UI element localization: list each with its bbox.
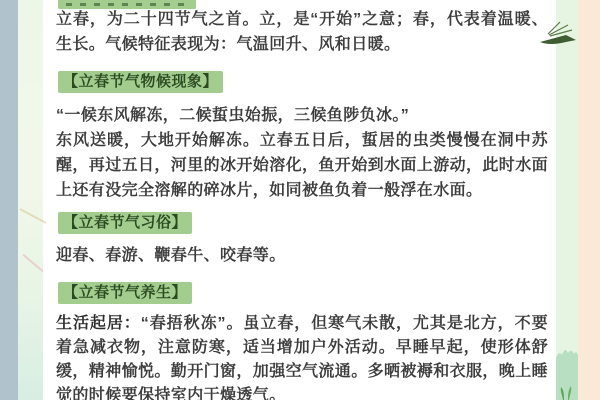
- section-badge-phenology: 【立春节气物候现象】: [58, 71, 223, 93]
- phenology-quote: “一候东风解冻，二候蜇虫始振，三候鱼陟负冰。”: [56, 103, 548, 128]
- left-bluegray-strip: [0, 0, 18, 400]
- health-lead-label: 生活起居：: [56, 315, 141, 332]
- left-green-strip: [18, 0, 43, 400]
- section-badge-health: 【立春节气养生】: [58, 282, 192, 304]
- customs-body: 迎春、春游、鞭春牛、咬春等。: [56, 243, 548, 268]
- right-green-strip: [556, 0, 578, 400]
- sprout-icon: [558, 380, 576, 400]
- phenology-body: 东风送暖，大地开始解冻。立春五日后，蜇居的虫类慢慢在洞中苏醒，再过五日，河里的冰…: [56, 128, 548, 203]
- intro-text: 立春，为二十四节气之首。立，是“开始”之意；春，代表着温暖、生长。气候特征表现为…: [56, 7, 548, 57]
- right-peach-strip: [578, 0, 600, 400]
- health-body: 生活起居：“春捂秋冻”。虽立春，但寒气未散，尤其是北方，不要着急减衣物，注意防寒…: [56, 312, 548, 400]
- section-badge-customs: 【立春节气习俗】: [58, 212, 192, 234]
- clipped-text-decoration: [66, 3, 188, 6]
- article-page: 立春，为二十四节气之首。立，是“开始”之意；春，代表着温暖、生长。气候特征表现为…: [0, 0, 600, 400]
